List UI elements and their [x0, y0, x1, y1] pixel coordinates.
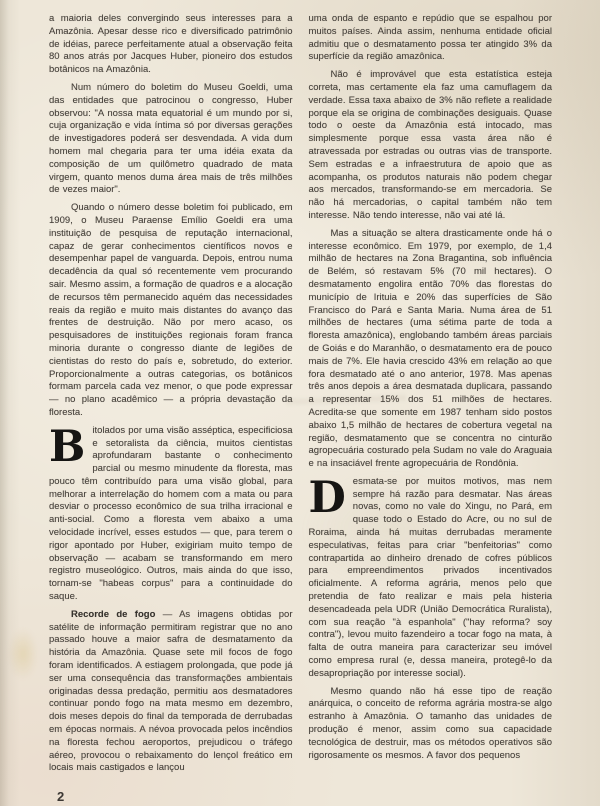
paragraph-with-runin-heading: Recorde de fogo — As imagens obtidas por…	[49, 609, 293, 775]
scanned-document-page: a maioria deles convergindo seus interes…	[0, 0, 600, 806]
run-in-dash: —	[155, 609, 179, 620]
drop-cap-letter-b: B	[49, 425, 92, 467]
paragraph-text: Num número do boletim do Museu Goeldi, u…	[49, 82, 293, 195]
paragraph-text: As imagens obtidas por satélite de infor…	[49, 609, 293, 774]
paragraph: Não é improvável que esta estatística es…	[309, 69, 553, 223]
drop-cap-letter-d: D	[309, 476, 353, 518]
paragraph: Quando o número desse boletim foi public…	[49, 202, 293, 420]
paragraph-with-dropcap: Bitolados por uma visão asséptica, espec…	[49, 425, 293, 604]
paragraph-text: Não é improvável que esta estatística es…	[309, 69, 553, 221]
text-columns: a maioria deles convergindo seus interes…	[49, 13, 552, 775]
paragraph: a maioria deles convergindo seus interes…	[49, 13, 293, 77]
paragraph-text: a maioria deles convergindo seus interes…	[49, 13, 293, 75]
run-in-heading: Recorde de fogo	[71, 609, 155, 620]
paragraph-text: Quando o número desse boletim foi public…	[49, 202, 293, 418]
right-column: uma onda de espanto e repúdio que se esp…	[309, 13, 553, 775]
paragraph: Num número do boletim do Museu Goeldi, u…	[49, 82, 293, 197]
page-number: 2	[57, 789, 64, 804]
paragraph: Mas a situação se altera drasticamente o…	[309, 228, 553, 471]
paragraph-text: Mas a situação se altera drasticamente o…	[309, 228, 553, 469]
paragraph-with-dropcap: Desmata-se por muitos motivos, mas nem s…	[309, 476, 553, 681]
paper-stain	[8, 628, 38, 680]
paragraph: Mesmo quando não há esse tipo de reação …	[309, 686, 553, 763]
paragraph-text: Mesmo quando não há esse tipo de reação …	[309, 686, 553, 761]
left-column: a maioria deles convergindo seus interes…	[49, 13, 293, 775]
paragraph-text: uma onda de espanto e repúdio que se esp…	[309, 13, 553, 62]
paragraph: uma onda de espanto e repúdio que se esp…	[309, 13, 553, 64]
